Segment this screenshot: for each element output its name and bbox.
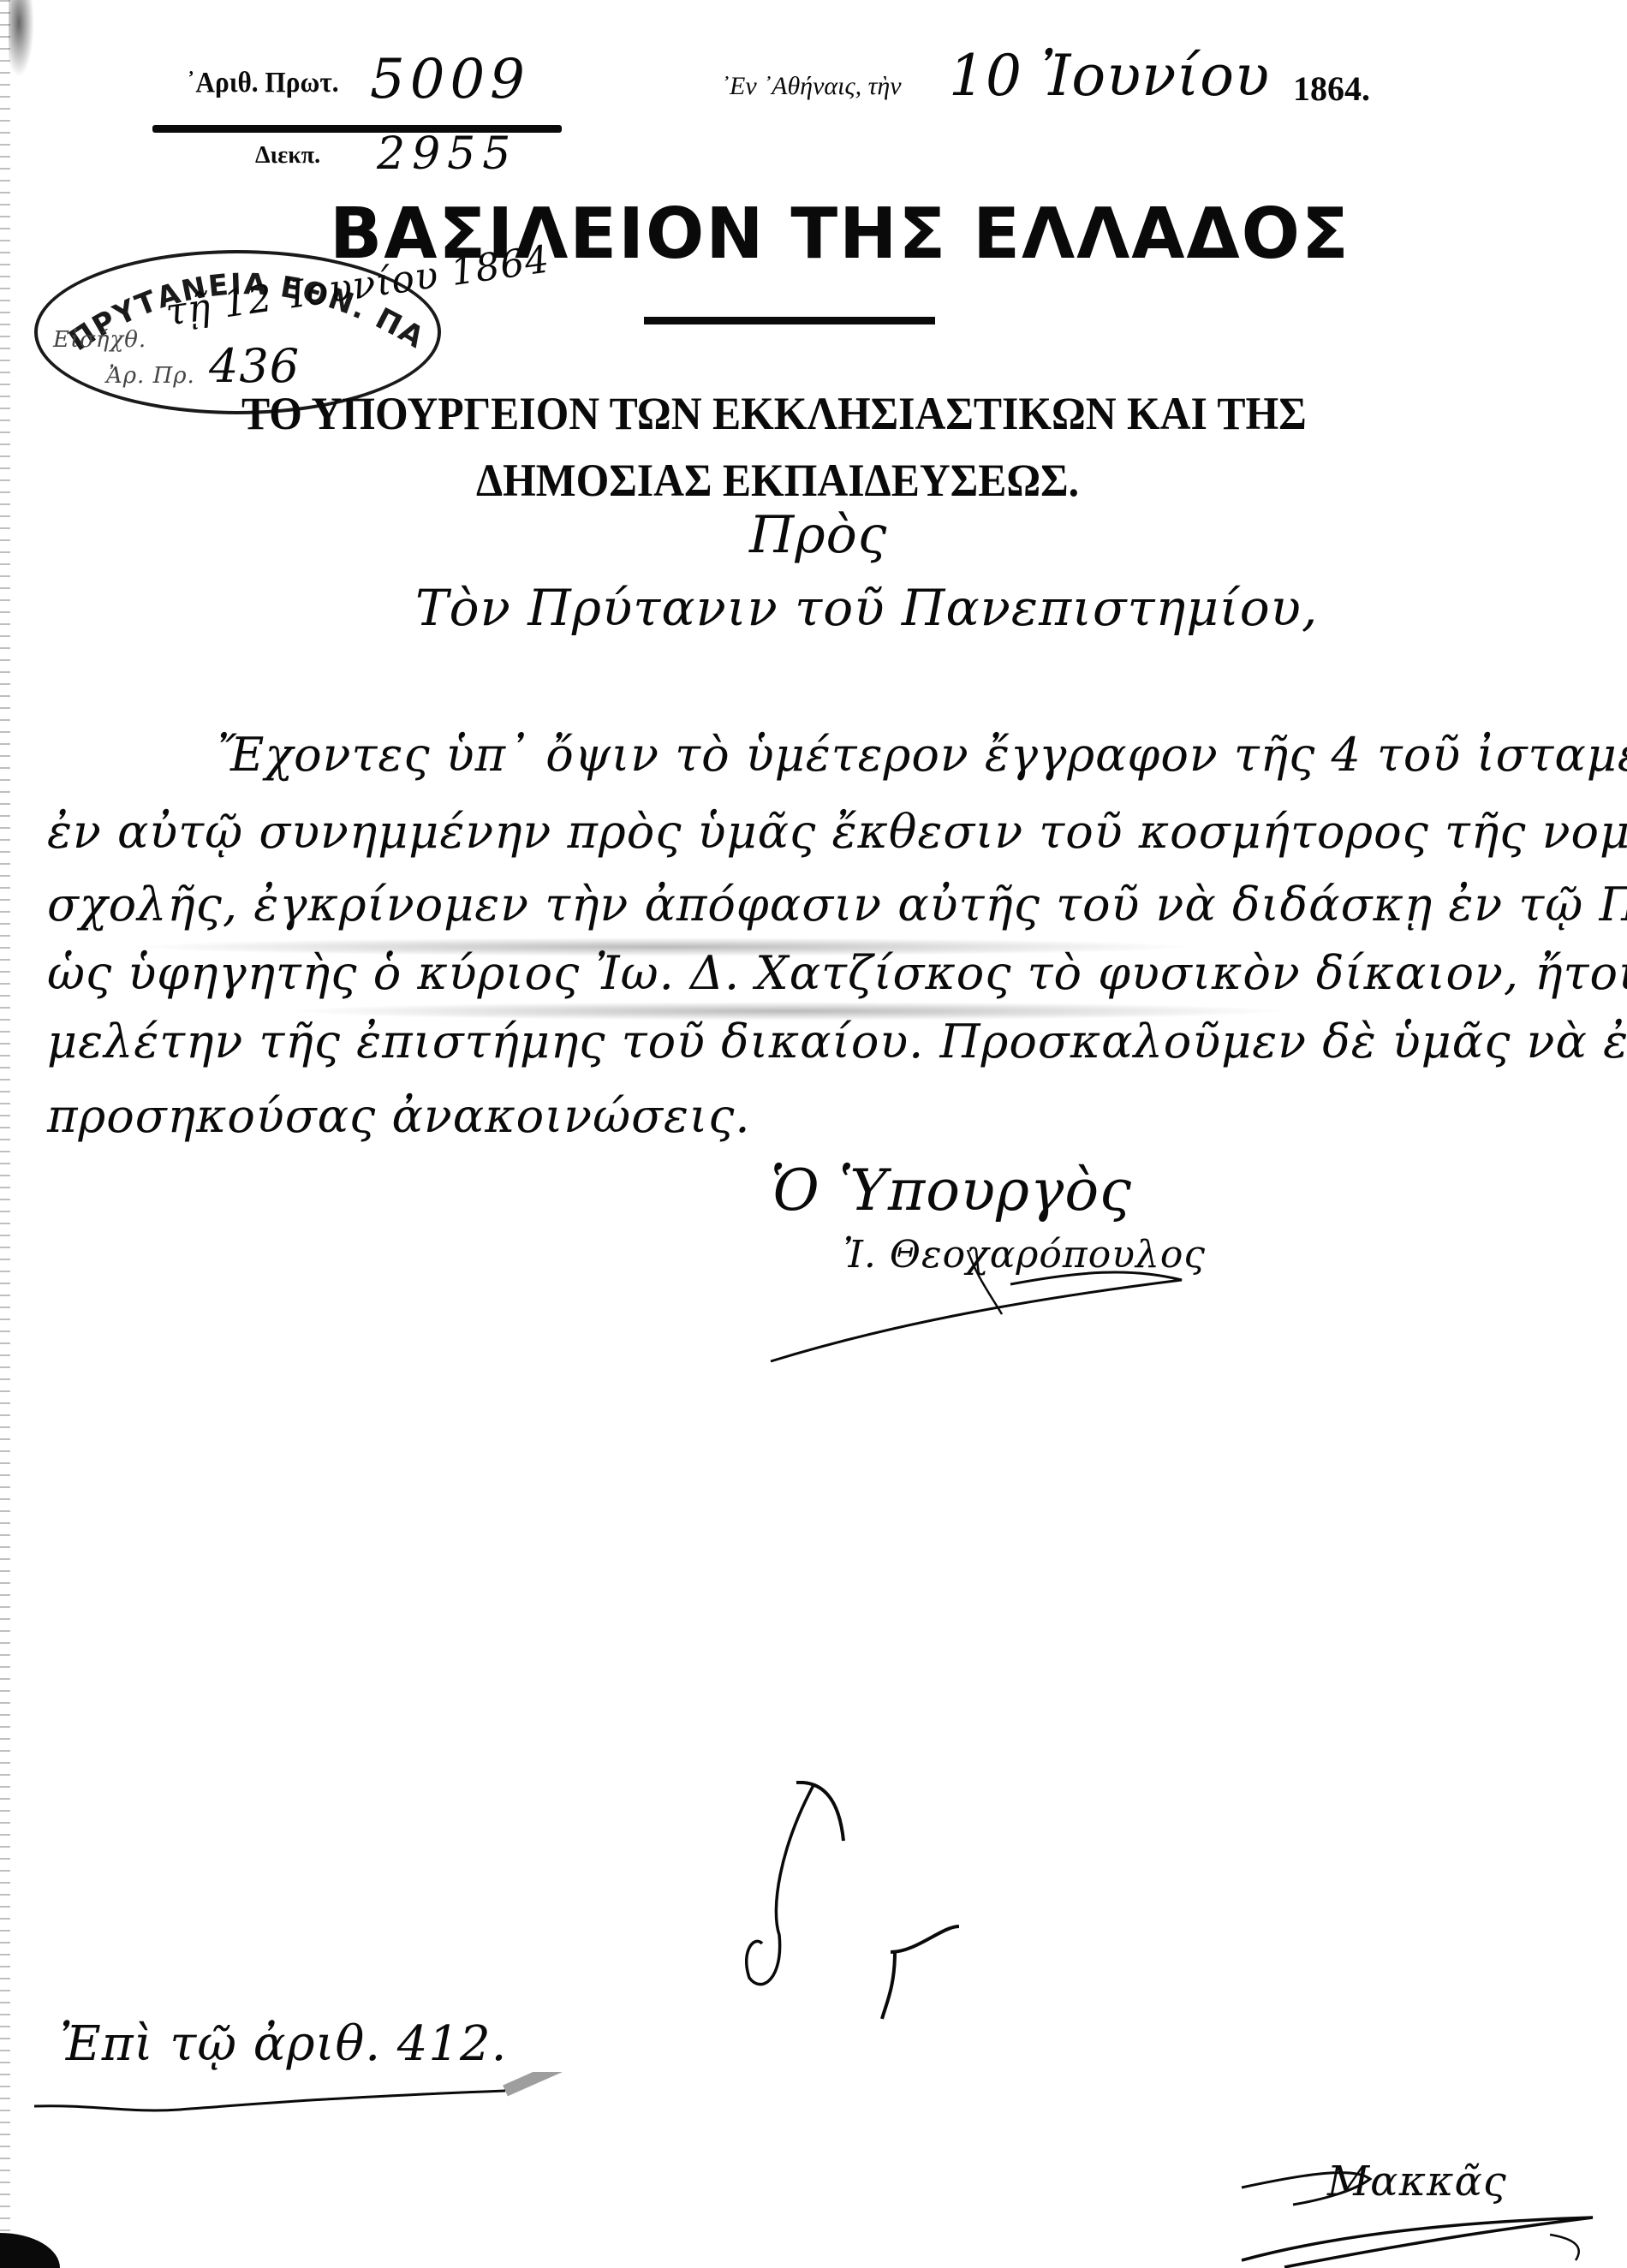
place-label: ᾿Εν ᾿Αθήναις, τὴν [721,72,902,101]
body-text-line: Ἔχοντες ὑπ᾿ ὄψιν τὸ ὑμέτερον ἔγγραφον τῆ… [218,728,1627,782]
ministry-heading-line-2: ΔΗΜΟΣΙΑΣ ΕΚΠΑΙΔΕΥΣΕΩΣ. [476,454,1079,507]
signature-flourish-icon [754,1233,1199,1370]
title-divider-rule [644,317,935,324]
date-handwritten: 10 Ἰουνίου [949,43,1270,109]
ministry-heading-line-1: ΤΟ ΥΠΟΥΡΓΕΙΟΝ ΤΩΝ ΕΚΚΛΗΣΙΑΣΤΙΚΩΝ ΚΑΙ ΤΗΣ [241,387,1307,440]
reference-underline-icon [26,2072,625,2123]
scan-edge-noise [0,0,10,2268]
signature-title: Ὁ Ὑπουργὸς [771,1158,1132,1223]
initials-mark-icon [745,1781,985,2021]
body-text-line: προσηκούσας ἀνακοινώσεις. [47,1089,751,1143]
bottom-signature-flourish-icon [1233,2140,1610,2268]
stamp-number-label: Ἀρ. Πρ. [106,363,195,389]
dispatch-number-value: 2955 [377,128,517,180]
protocol-number-label: ᾿Αριθ. Πρωτ. [187,67,339,99]
addressee-recipient: Τὸν Πρύτανιν τοῦ Πανεπιστημίου, [415,579,1318,637]
body-text-line: μελέτην τῆς ἐπιστήμης τοῦ δικαίου. Προσκ… [47,1015,1627,1069]
body-text-line: σχολῆς, ἐγκρίνομεν τὴν ἀπόφασιν αὐτῆς το… [47,878,1627,932]
stamp-received-label: Εἰσήχθ. [53,327,146,353]
stamp-number-value: 436 [209,339,300,393]
protocol-number-value: 5009 [370,48,530,111]
scan-corner-blob [0,2233,60,2268]
addressee-pros: Πρὸς [749,505,887,565]
reference-note: Ἐπὶ τῷ ἀριθ. 412. [60,2016,507,2072]
body-text-line: ὡς ὑφηγητὴς ὁ κύριος Ἰω. Δ. Χατζίσκος τὸ… [47,946,1627,1000]
body-text-line: ἐν αὐτῷ συνημμένην πρὸς ὑμᾶς ἔκθεσιν τοῦ… [47,805,1627,859]
scan-speckle [9,0,34,77]
date-year: 1864. [1293,68,1370,109]
dispatch-number-label: Διεκπ. [255,142,320,170]
